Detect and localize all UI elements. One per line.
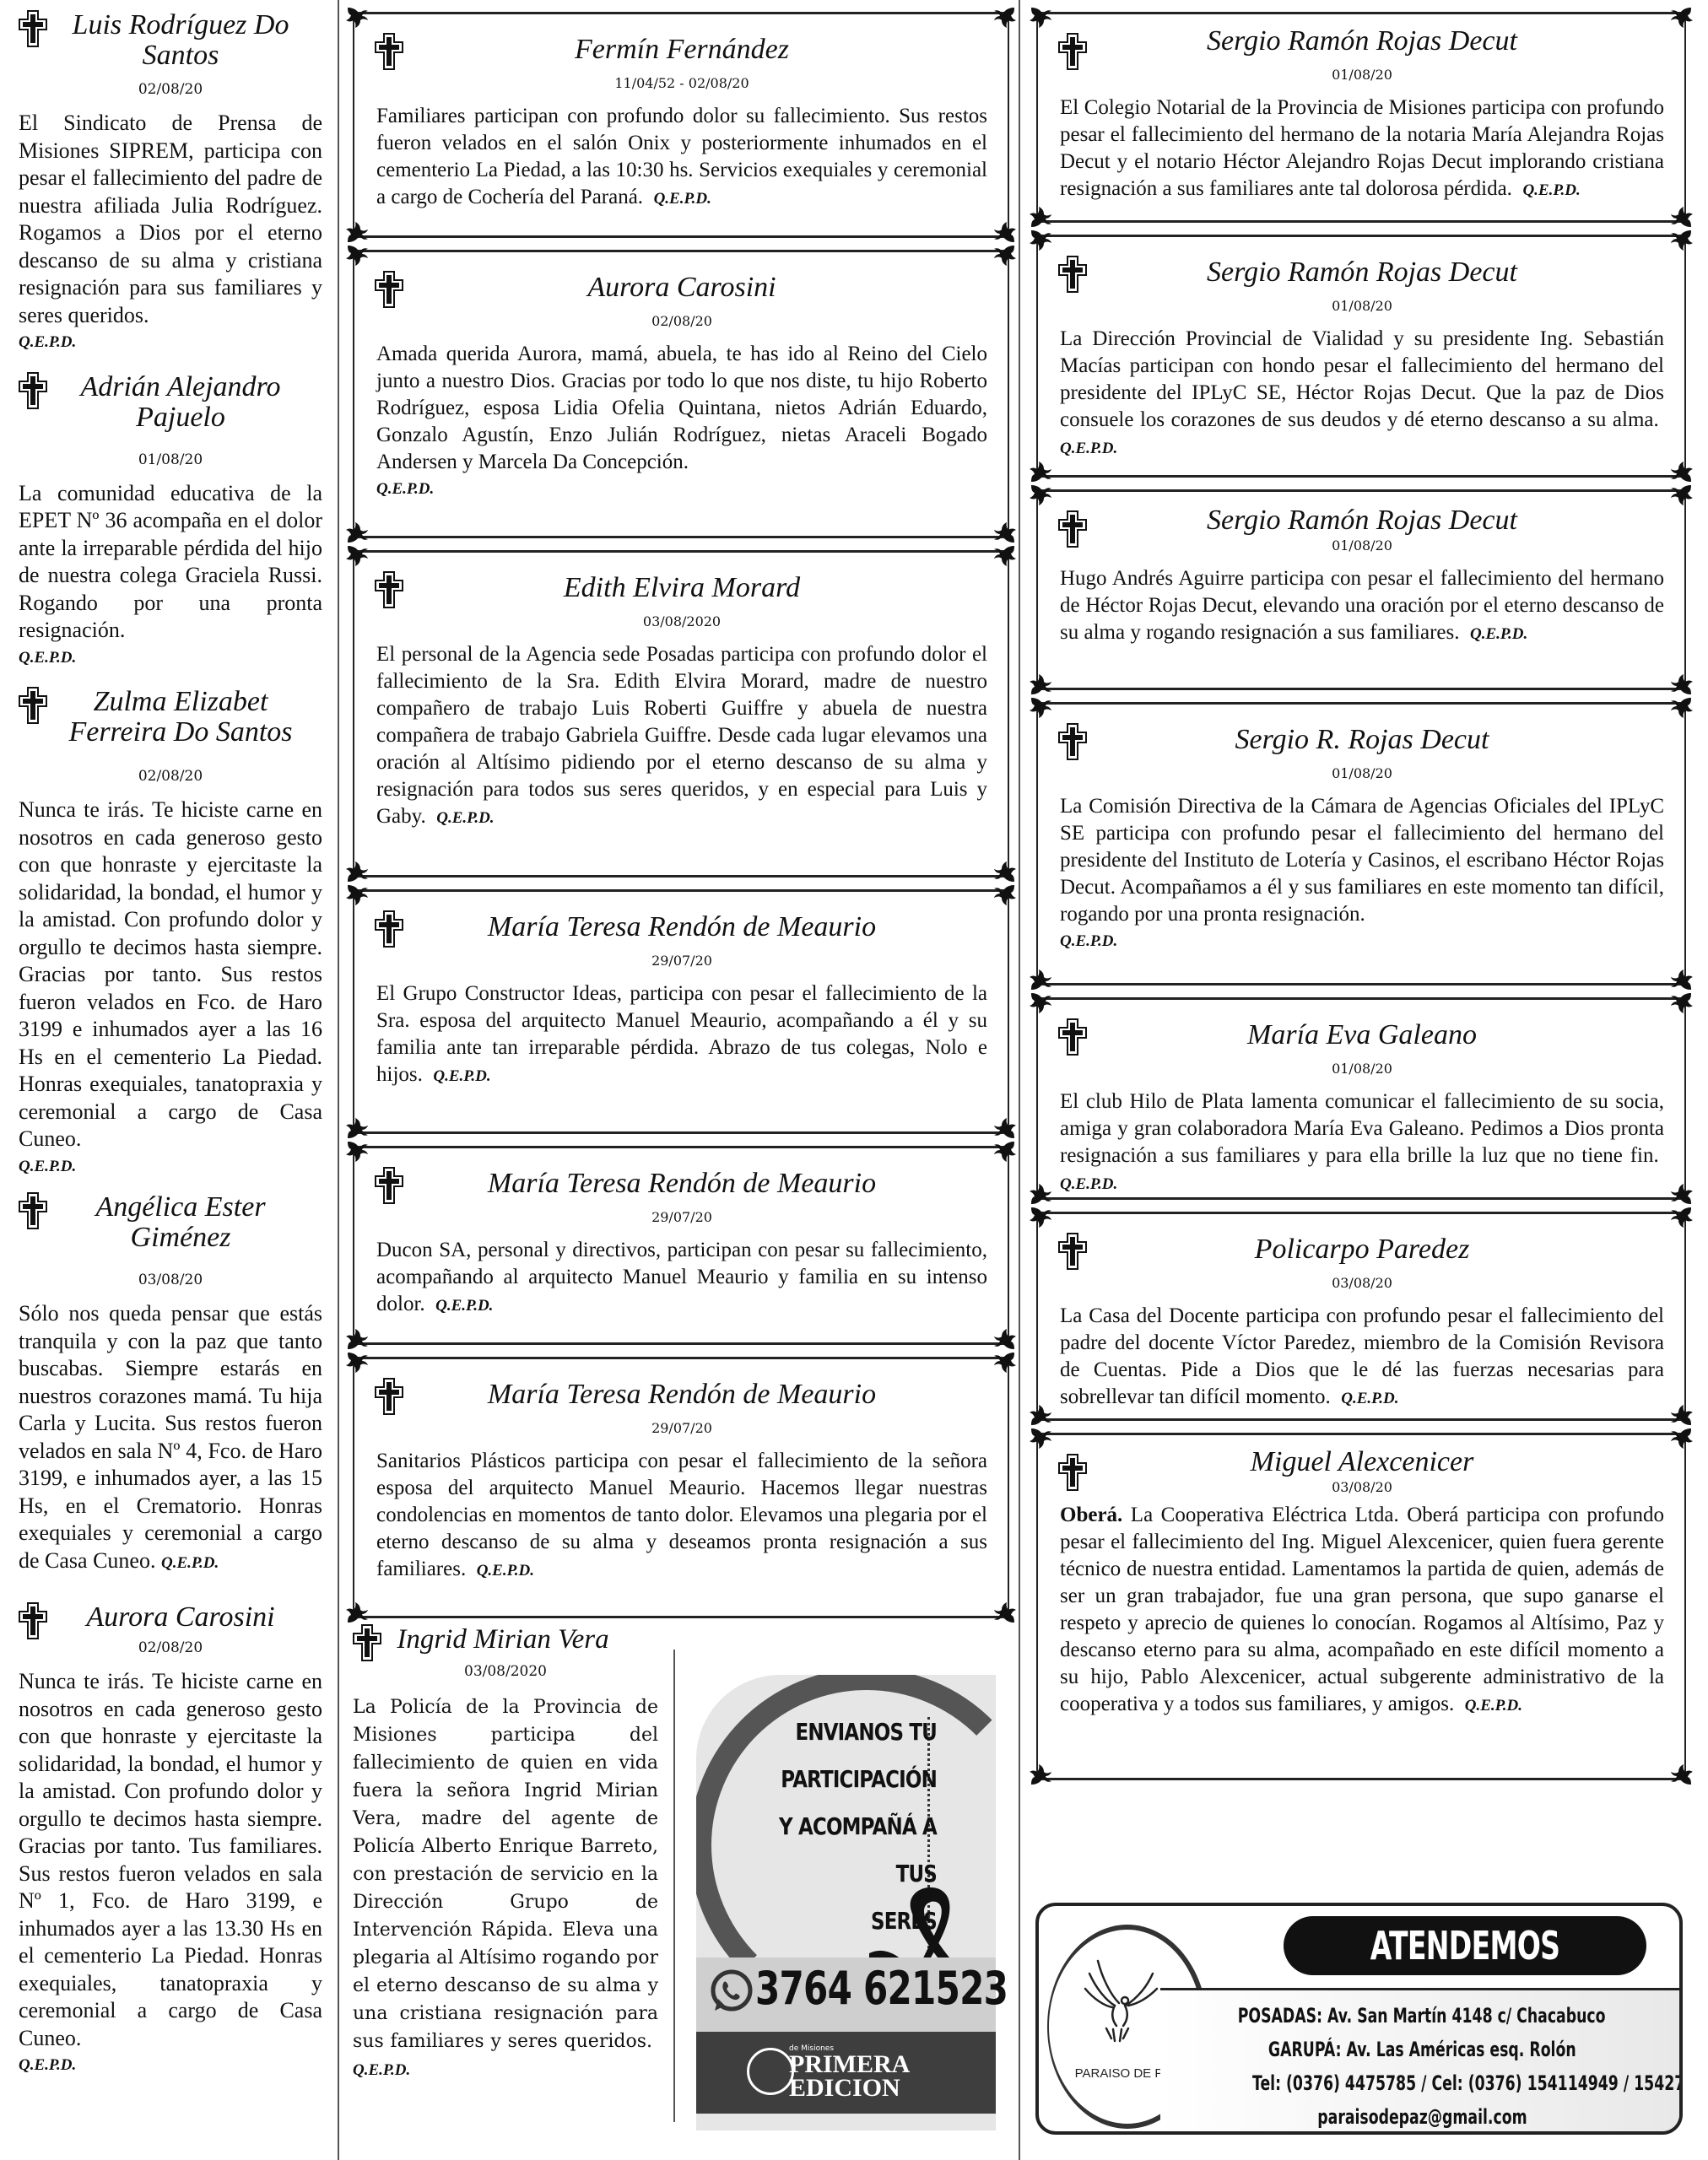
corner-ornament-icon bbox=[346, 858, 371, 883]
corner-ornament-icon bbox=[1667, 966, 1693, 991]
cross-icon bbox=[1058, 1018, 1087, 1056]
obituary-notice: Aurora Carosini 02/08/20 Nunca te irás. … bbox=[19, 1602, 322, 2080]
corner-ornament-icon bbox=[1030, 966, 1055, 991]
notice-body: El Colegio Notarial de la Provincia de M… bbox=[1060, 94, 1664, 204]
corner-ornament-icon bbox=[1030, 991, 1055, 1017]
cross-icon bbox=[375, 1167, 403, 1204]
cross-icon bbox=[19, 1192, 47, 1229]
qepd-label: Q.E.P.D. bbox=[1060, 1175, 1117, 1193]
qepd-label: Q.E.P.D. bbox=[433, 1067, 490, 1085]
corner-ornament-icon bbox=[346, 519, 371, 544]
contact-info: POSADAS: Av. San Martín 4148 c/ Chacabuc… bbox=[1160, 1990, 1683, 2134]
cross-icon bbox=[1058, 723, 1087, 760]
qepd-label: Q.E.P.D. bbox=[353, 2061, 410, 2079]
corner-ornament-icon bbox=[1667, 1401, 1693, 1427]
corner-ornament-icon bbox=[991, 1326, 1016, 1351]
notice-body: Sanitarios Plásticos participa con pesar… bbox=[376, 1448, 987, 1585]
deceased-name: Miguel Alexcenicer bbox=[1060, 1445, 1664, 1479]
notice-date: 01/08/20 bbox=[19, 451, 322, 468]
notice-body: Nunca te irás. Te hiciste carne en nosot… bbox=[19, 796, 322, 1180]
cross-icon bbox=[1058, 510, 1087, 548]
qepd-label: Q.E.P.D. bbox=[435, 1297, 493, 1315]
corner-ornament-icon bbox=[1667, 483, 1693, 509]
corner-ornament-icon bbox=[346, 244, 371, 269]
notice-body: Oberá. La Cooperativa Eléctrica Ltda. Ob… bbox=[1060, 1502, 1664, 1720]
qepd-label: Q.E.P.D. bbox=[161, 1554, 219, 1572]
corner-ornament-icon bbox=[346, 1326, 371, 1351]
notice-date: 03/08/20 bbox=[19, 1272, 322, 1288]
notice-date: 03/08/2020 bbox=[376, 613, 987, 629]
qepd-label: Q.E.P.D. bbox=[1522, 181, 1580, 199]
corner-ornament-icon bbox=[1667, 1206, 1693, 1231]
column-middle: Fermín Fernández 11/04/52 - 02/08/20 Fam… bbox=[353, 12, 1009, 1630]
column-left: Luis Rodríguez Do Santos 02/08/20 El Sin… bbox=[19, 10, 322, 2090]
deceased-name: Adrián Alejandro Pajuelo bbox=[47, 372, 322, 433]
cross-icon bbox=[375, 1378, 403, 1415]
corner-ornament-icon bbox=[1030, 1761, 1055, 1786]
phone-numbers: Tel: (0376) 4475785 / Cel: (0376) 154114… bbox=[1160, 2066, 1683, 2100]
cross-icon bbox=[375, 33, 403, 70]
corner-ornament-icon bbox=[1667, 203, 1693, 229]
corner-ornament-icon bbox=[991, 244, 1016, 269]
corner-ornament-icon bbox=[346, 6, 371, 31]
notice-body: El Grupo Constructor Ideas, participa co… bbox=[376, 980, 987, 1090]
notice-body: Hugo Andrés Aguirre participa con pesar … bbox=[1060, 565, 1664, 648]
cross-icon bbox=[1058, 1233, 1087, 1270]
whatsapp-icon bbox=[708, 1968, 754, 2014]
obituary-box: Sergio Ramón Rojas Decut 01/08/20 La Dir… bbox=[1036, 235, 1686, 478]
corner-ornament-icon bbox=[1030, 1180, 1055, 1206]
obituary-box: María Teresa Rendón de Meaurio 29/07/20 … bbox=[353, 1146, 1009, 1345]
obituary-box: María Teresa Rendón de Meaurio 29/07/20 … bbox=[353, 1357, 1009, 1618]
corner-ornament-icon bbox=[346, 544, 371, 570]
column-divider bbox=[673, 1650, 675, 2122]
deceased-name: María Eva Galeano bbox=[1060, 1018, 1664, 1052]
corner-ornament-icon bbox=[1030, 671, 1055, 696]
deceased-name: Policarpo Paredez bbox=[1060, 1233, 1664, 1266]
corner-ornament-icon bbox=[346, 883, 371, 909]
notice-body: Amada querida Aurora, mamá, abuela, te h… bbox=[376, 341, 987, 503]
address-garupa: GARUPÁ: Av. Las Américas esq. Rolón bbox=[1160, 2033, 1683, 2066]
cross-icon bbox=[19, 372, 47, 409]
primera-edicion-advert: ENVIANOS TU PARTICIPACIÓN Y ACOMPAÑÁ A T… bbox=[696, 1658, 996, 2130]
notice-date: 29/07/20 bbox=[376, 1209, 987, 1225]
obituary-notice: Luis Rodríguez Do Santos 02/08/20 El Sin… bbox=[19, 10, 322, 357]
notice-date: 01/08/20 bbox=[1060, 298, 1664, 314]
obituary-box: María Teresa Rendón de Meaurio 29/07/20 … bbox=[353, 889, 1009, 1134]
qepd-label: Q.E.P.D. bbox=[477, 1562, 534, 1579]
paraiso-de-paz-advert: PARAISO DE PAZ ATENDEMOS PAMI POSADAS: A… bbox=[1035, 1903, 1683, 2135]
notice-date: 02/08/20 bbox=[19, 768, 322, 785]
dove-icon bbox=[1073, 1957, 1165, 2049]
corner-ornament-icon bbox=[1667, 991, 1693, 1017]
corner-ornament-icon bbox=[1667, 458, 1693, 483]
cross-icon bbox=[353, 1624, 381, 1661]
obituary-box: Policarpo Paredez 03/08/20 La Casa del D… bbox=[1036, 1212, 1686, 1421]
deceased-name: Luis Rodríguez Do Santos bbox=[47, 10, 322, 71]
obituary-box: Sergio R. Rojas Decut 01/08/20 La Comisi… bbox=[1036, 702, 1686, 985]
qepd-label: Q.E.P.D. bbox=[376, 476, 987, 503]
corner-ornament-icon bbox=[1030, 229, 1055, 254]
notice-date: 02/08/20 bbox=[19, 1639, 322, 1656]
corner-ornament-icon bbox=[346, 1599, 371, 1624]
cross-icon bbox=[1058, 33, 1087, 70]
corner-ornament-icon bbox=[1030, 696, 1055, 721]
deceased-name: Zulma Elizabet Ferreira Do Santos bbox=[47, 687, 322, 748]
cross-icon bbox=[375, 910, 403, 948]
deceased-name: Fermín Fernández bbox=[376, 33, 987, 67]
notice-date: 02/08/20 bbox=[19, 81, 322, 98]
deceased-name: Sergio R. Rojas Decut bbox=[1060, 723, 1664, 757]
brand-logo: de Misiones PRIMERA EDICION bbox=[789, 2044, 910, 2100]
notice-body: Familiares participan con profundo dolor… bbox=[376, 103, 987, 213]
corner-ornament-icon bbox=[1030, 483, 1055, 509]
corner-ornament-icon bbox=[991, 883, 1016, 909]
corner-ornament-icon bbox=[1030, 1427, 1055, 1452]
corner-ornament-icon bbox=[346, 1140, 371, 1165]
cross-icon bbox=[1058, 256, 1087, 293]
notice-body: Nunca te irás. Te hiciste carne en nosot… bbox=[19, 1668, 322, 2080]
column-divider bbox=[1019, 0, 1020, 2160]
notice-body: La comunidad educativa de la EPET Nº 36 … bbox=[19, 480, 322, 672]
corner-ornament-icon bbox=[1667, 229, 1693, 254]
obituary-box: Miguel Alexcenicer 03/08/20 Oberá. La Co… bbox=[1036, 1433, 1686, 1780]
obituary-box: Sergio Ramón Rojas Decut 01/08/20 Hugo A… bbox=[1036, 489, 1686, 690]
corner-ornament-icon bbox=[991, 6, 1016, 31]
deceased-name: Sergio Ramón Rojas Decut bbox=[1060, 256, 1664, 289]
deceased-name: Sergio Ramón Rojas Decut bbox=[1060, 504, 1664, 537]
notice-date: 01/08/20 bbox=[1060, 67, 1664, 83]
corner-ornament-icon bbox=[1030, 1206, 1055, 1231]
notice-body: La Comisión Directiva de la Cámara de Ag… bbox=[1060, 793, 1664, 955]
cross-icon bbox=[1058, 1454, 1087, 1491]
obituary-box: Fermín Fernández 11/04/52 - 02/08/20 Fam… bbox=[353, 12, 1009, 238]
qepd-label: Q.E.P.D. bbox=[1470, 625, 1527, 643]
notice-date: 03/08/20 bbox=[1060, 1479, 1664, 1495]
deceased-name: María Teresa Rendón de Meaurio bbox=[376, 910, 987, 944]
corner-ornament-icon bbox=[1667, 1761, 1693, 1786]
address-posadas: POSADAS: Av. San Martín 4148 c/ Chacabuc… bbox=[1160, 1999, 1683, 2033]
notice-date: 01/08/20 bbox=[1060, 765, 1664, 781]
corner-ornament-icon bbox=[1667, 696, 1693, 721]
whatsapp-phone-number: 3764 621523 bbox=[755, 1962, 1008, 2015]
qepd-label: Q.E.P.D. bbox=[1341, 1390, 1398, 1407]
notice-body: El Sindicato de Prensa de Misiones SIPRE… bbox=[19, 110, 322, 357]
notice-date: 11/04/52 - 02/08/20 bbox=[376, 75, 987, 91]
deceased-name: Aurora Carosini bbox=[376, 271, 987, 305]
qepd-label: Q.E.P.D. bbox=[19, 1153, 322, 1181]
cross-icon bbox=[19, 10, 47, 47]
pami-banner: ATENDEMOS PAMI bbox=[1284, 1916, 1646, 1975]
corner-ornament-icon bbox=[1030, 1401, 1055, 1427]
qepd-label: Q.E.P.D. bbox=[19, 329, 322, 357]
notice-body: La Policía de la Provincia de Misiones p… bbox=[353, 1693, 658, 2084]
corner-ornament-icon bbox=[991, 1351, 1016, 1376]
obituary-box: María Eva Galeano 01/08/20 El club Hilo … bbox=[1036, 997, 1686, 1200]
notice-date: 29/07/20 bbox=[376, 953, 987, 969]
cross-icon bbox=[375, 271, 403, 308]
corner-ornament-icon bbox=[991, 519, 1016, 544]
notice-date: 03/08/2020 bbox=[353, 1663, 658, 1680]
corner-ornament-icon bbox=[1667, 6, 1693, 31]
column-divider bbox=[338, 0, 339, 2160]
deceased-name: Angélica Ester Giménez bbox=[47, 1192, 322, 1253]
cross-icon bbox=[19, 1602, 47, 1639]
qepd-label: Q.E.P.D. bbox=[1060, 928, 1664, 955]
corner-ornament-icon bbox=[1030, 203, 1055, 229]
qepd-label: Q.E.P.D. bbox=[436, 809, 494, 827]
corner-ornament-icon bbox=[991, 1115, 1016, 1140]
notice-date: 29/07/20 bbox=[376, 1420, 987, 1436]
notice-body: Sólo nos queda pensar que estás tranquil… bbox=[19, 1300, 322, 1577]
notice-body: Ducon SA, personal y directivos, partici… bbox=[376, 1237, 987, 1320]
globe-logo-icon bbox=[747, 2048, 794, 2095]
obituary-notice: Zulma Elizabet Ferreira Do Santos 02/08/… bbox=[19, 687, 322, 1180]
corner-ornament-icon bbox=[991, 544, 1016, 570]
email-link[interactable]: paraisodepaz@gmail.com bbox=[1160, 2100, 1683, 2134]
corner-ornament-icon bbox=[991, 1599, 1016, 1624]
obituary-box: Sergio Ramón Rojas Decut 01/08/20 El Col… bbox=[1036, 12, 1686, 223]
notice-body: El club Hilo de Plata lamenta comunicar … bbox=[1060, 1088, 1664, 1198]
notice-date: 02/08/20 bbox=[376, 313, 987, 329]
deceased-name: María Teresa Rendón de Meaurio bbox=[376, 1167, 987, 1201]
notice-body: La Casa del Docente participa con profun… bbox=[1060, 1303, 1664, 1412]
notice-date: 03/08/20 bbox=[1060, 1275, 1664, 1291]
obituary-notice: Ingrid Mirian Vera 03/08/2020 La Policía… bbox=[353, 1624, 658, 2084]
qepd-label: Q.E.P.D. bbox=[1060, 440, 1117, 457]
corner-ornament-icon bbox=[991, 1140, 1016, 1165]
notice-body: La Dirección Provincial de Vialidad y su… bbox=[1060, 326, 1664, 462]
qepd-label: Q.E.P.D. bbox=[19, 645, 322, 672]
qepd-label: Q.E.P.D. bbox=[19, 2052, 322, 2080]
obituary-notice: Angélica Ester Giménez 03/08/20 Sólo nos… bbox=[19, 1192, 322, 1577]
qepd-label: Q.E.P.D. bbox=[654, 190, 711, 208]
obituary-box: Aurora Carosini 02/08/20 Amada querida A… bbox=[353, 250, 1009, 538]
column-right: Sergio Ramón Rojas Decut 01/08/20 El Col… bbox=[1036, 12, 1686, 1792]
obituary-notice: Adrián Alejandro Pajuelo 01/08/20 La com… bbox=[19, 372, 322, 672]
cross-icon bbox=[19, 687, 47, 724]
notice-date: 01/08/20 bbox=[1060, 1061, 1664, 1077]
corner-ornament-icon bbox=[991, 219, 1016, 244]
deceased-name: Edith Elvira Morard bbox=[376, 571, 987, 605]
corner-ornament-icon bbox=[346, 219, 371, 244]
corner-ornament-icon bbox=[346, 1351, 371, 1376]
corner-ornament-icon bbox=[1667, 671, 1693, 696]
corner-ornament-icon bbox=[991, 858, 1016, 883]
notice-date: 01/08/20 bbox=[1060, 537, 1664, 553]
notice-body: El personal de la Agencia sede Posadas p… bbox=[376, 641, 987, 832]
corner-ornament-icon bbox=[1030, 458, 1055, 483]
deceased-name: Aurora Carosini bbox=[47, 1602, 322, 1633]
deceased-name: Ingrid Mirian Vera bbox=[381, 1624, 658, 1655]
qepd-label: Q.E.P.D. bbox=[1465, 1697, 1522, 1714]
corner-ornament-icon bbox=[346, 1115, 371, 1140]
corner-ornament-icon bbox=[1667, 1427, 1693, 1452]
obituary-box: Edith Elvira Morard 03/08/2020 El person… bbox=[353, 550, 1009, 877]
corner-ornament-icon bbox=[1667, 1180, 1693, 1206]
cross-icon bbox=[375, 571, 403, 608]
corner-ornament-icon bbox=[1030, 6, 1055, 31]
deceased-name: Sergio Ramón Rojas Decut bbox=[1060, 24, 1664, 58]
deceased-name: María Teresa Rendón de Meaurio bbox=[376, 1378, 987, 1412]
